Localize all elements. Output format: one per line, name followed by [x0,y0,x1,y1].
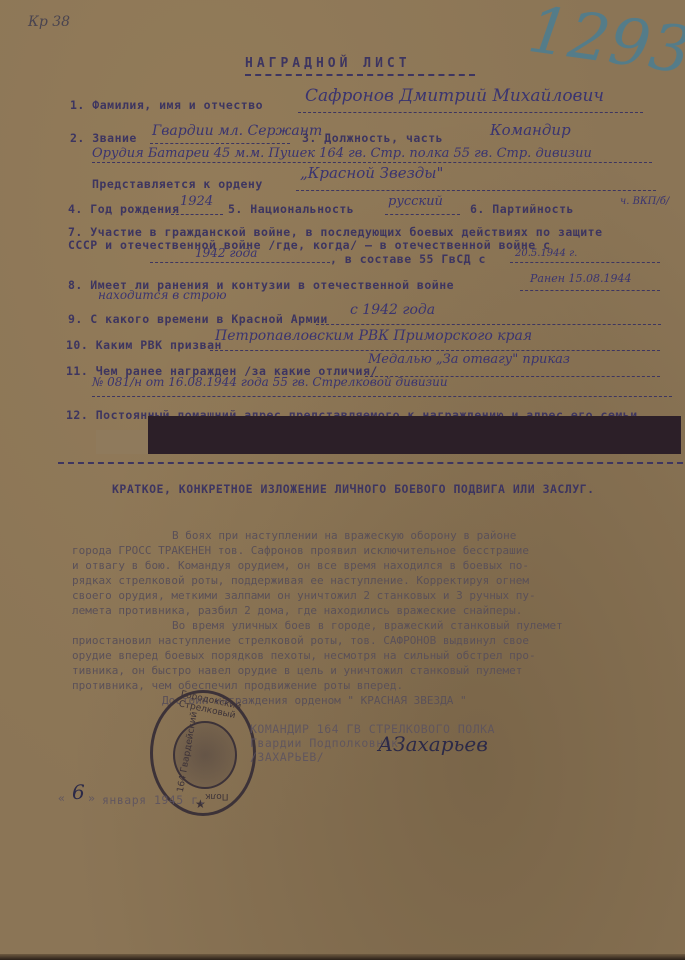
field-5-underline [385,214,460,215]
signature-handwritten: АЗахарьев [378,732,488,756]
narrative-line: орудие вперед боевых порядков пехоты, не… [72,648,672,663]
narrative-line: приостановил наступление стрелковой роты… [72,633,672,648]
field-11-value-cont: № 081/н от 16.08.1944 года 55 гв. Стрелк… [92,375,448,389]
field-7-label-2: , в составе 55 ГвСД с [330,252,486,266]
archive-number: 1293 [524,0,685,89]
nominated-value: „Красной Звезды" [300,164,443,182]
section-divider [58,462,683,464]
corner-note: Кр 38 [28,14,70,30]
field-8-underline [520,290,660,291]
section-heading: КРАТКОЕ, КОНКРЕТНОЕ ИЗЛОЖЕНИЕ ЛИЧНОГО БО… [112,482,595,496]
narrative-line: Достоин награждения орденом " КРАСНАЯ ЗВ… [72,693,672,708]
date-open-quote: « [58,791,65,805]
field-2-label: 2. Звание [70,131,137,145]
title-underline [245,74,475,76]
date-month-year: января 1945 г. [102,793,206,807]
award-sheet-page: Кр 38 1293 НАГРАДНОЙ ЛИСТ 1. Фамилия, им… [0,0,685,960]
redacted-address [148,416,681,454]
signature-line-2: Гвардии Подполковник [250,736,398,750]
narrative-line: города ГРОСС ТРАКЕНЕН тов. Сафронов проя… [72,543,672,558]
field-1-underline [298,112,643,113]
field-8-value-cont: находится в строю [98,288,227,302]
field-7-underline-1 [150,262,330,263]
field-10-value: Петропавловским РВК Приморского края [215,328,532,344]
field-5-value: русский [388,194,443,209]
field-3-label: 3. Должность, часть [302,131,443,145]
field-1-label: 1. Фамилия, имя и отчество [70,98,263,112]
narrative-line: тивника, он быстро навел орудие в цель и… [72,663,672,678]
field-9-underline [316,324,661,325]
date-day: 6 [72,780,85,804]
field-8-value: Ранен 15.08.1944 [530,272,631,285]
narrative-line: рядках стрелковой роты, поддерживая ее н… [72,573,672,588]
document-title: НАГРАДНОЙ ЛИСТ [245,56,411,71]
field-3-value-cont: Орудия Батареи 45 м.м. Пушек 164 гв. Стр… [92,146,592,161]
page-bottom-edge [0,954,685,960]
field-7-value: 1942 года [195,246,257,260]
narrative-line: своего орудия, меткими залпами он уничто… [72,588,672,603]
field-9-label: 9. С какого времени в Красной Армии [68,312,328,326]
redaction-patch [96,430,148,454]
field-10-label: 10. Каким РВК призван [66,338,222,352]
narrative-line: и отвагу в бою. Командуя орудием, он все… [72,558,672,573]
field-6-value: ч. ВКП/б/ [620,196,669,207]
narrative-text: В боях при наступлении на вражескую обор… [72,528,672,708]
date-close-quote: » [88,791,95,805]
field-10-underline [210,350,660,351]
field-4-label: 4. Год рождения [68,202,179,216]
field-1-value: Сафронов Дмитрий Михайлович [305,86,604,106]
field-11-underline-2 [92,396,672,397]
narrative-line: В боях при наступлении на вражескую обор… [72,528,672,543]
field-2-value: Гвардии мл. Сержант [152,123,322,139]
nominated-underline [296,190,656,191]
field-4-value: 1924 [180,194,213,209]
field-9-value: с 1942 года [350,302,435,318]
field-7-value-2: 20.5.1944 г. [515,248,577,259]
field-5-label: 5. Национальность [228,202,354,216]
field-11-value: Медалью „За отвагу" приказ [368,352,570,367]
narrative-line: противника, чем обеспечил продвижение ро… [72,678,672,693]
narrative-line: Во время уличных боев в городе, вражески… [72,618,672,633]
field-7-underline-2 [510,262,660,263]
nominated-label: Представляется к ордену [92,177,263,191]
stamp-text-bottom: Полк [205,791,228,801]
field-2-underline [150,143,290,144]
field-3-underline [92,162,652,163]
signature-line-3: /ЗАХАРЬЕВ/ [250,750,324,764]
narrative-line: лемета противника, разбил 2 дома, где на… [72,603,672,618]
field-4-underline [171,214,223,215]
field-3-value: Командир [490,121,571,139]
field-6-label: 6. Партийность [470,202,574,216]
